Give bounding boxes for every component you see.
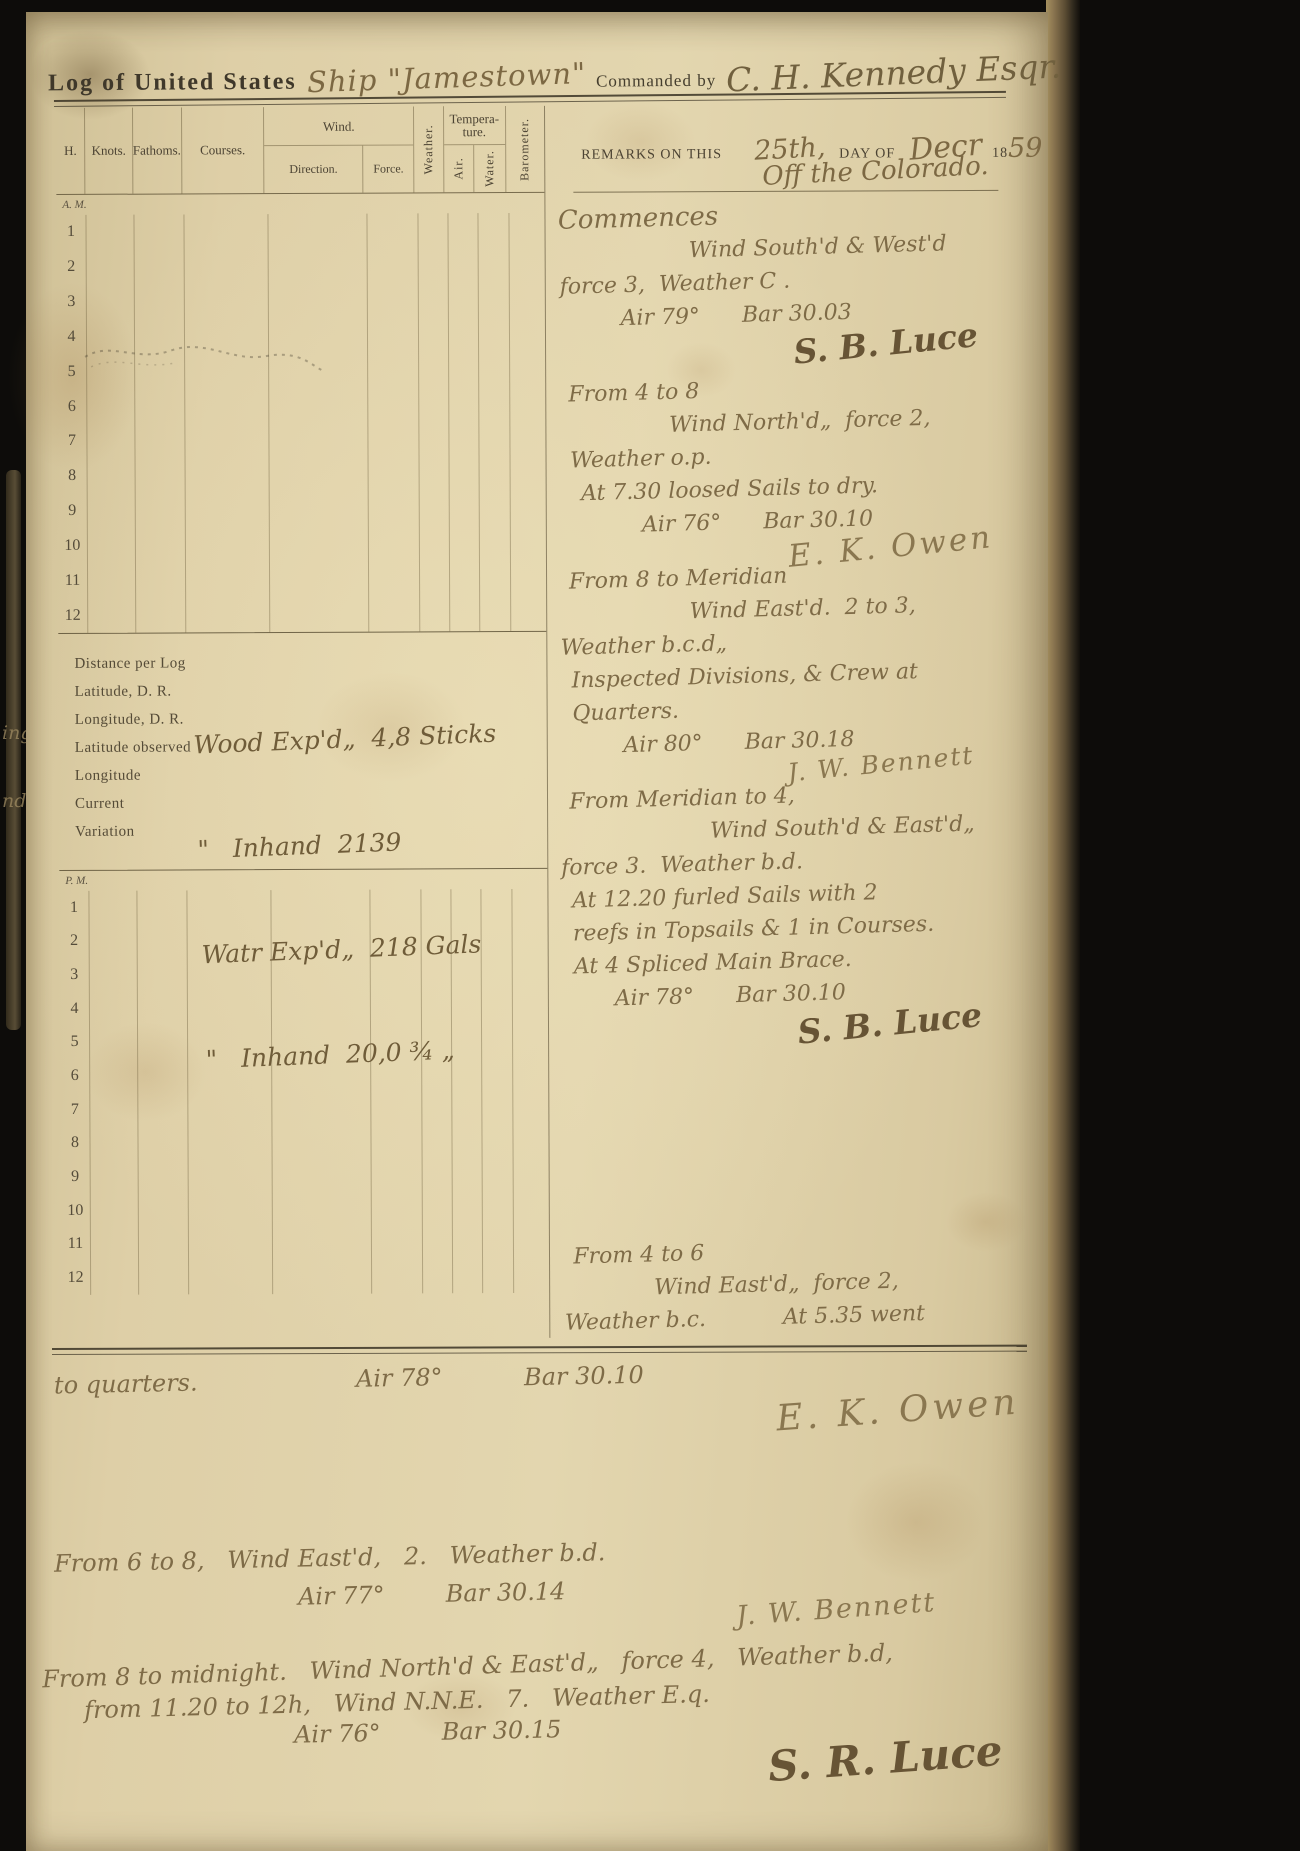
left-page-sliver xyxy=(6,470,21,1030)
log-table: H. Knots. Fathoms. Courses. Wind. Direct… xyxy=(56,104,1009,1340)
noon-observations: Distance per Log Latitude, D. R. Longitu… xyxy=(58,631,547,871)
note-wood-inhand: " Inhand 2139 xyxy=(197,819,543,868)
pencil-smudge xyxy=(81,322,331,383)
header-barometer: Barometer. xyxy=(506,106,545,192)
header-wind: Wind. xyxy=(264,106,413,146)
remarks-entry-4-to-6: From 4 to 6 Wind East'd„ force 2, Weathe… xyxy=(563,1229,1007,1340)
signature-sr-luce: S. R. Luce xyxy=(767,1726,1004,1791)
note-wood-expended: Wood Exp'd„ 4,8 Sticks xyxy=(193,714,539,763)
signature-ek-owen: E. K. Owen xyxy=(775,1382,1021,1440)
remark-line: Weather b.c. At 5.35 went xyxy=(565,1295,1007,1340)
edge-text-fragment: nd xyxy=(2,790,26,812)
continuation-to-quarters: to quarters. xyxy=(54,1368,198,1399)
air-reading: Air 78° xyxy=(356,1363,443,1393)
remarks-entry-meridian-to-4: From Meridian to 4, Wind South'd & East'… xyxy=(559,774,1007,1060)
year-printed: 18 xyxy=(992,146,1008,161)
header-air: Air. xyxy=(444,145,474,192)
header-fathoms: Fathoms. xyxy=(133,107,182,193)
entry-6-to-8: From 6 to 8, Wind East'd, 2. Weather b.d… xyxy=(54,1538,606,1578)
header-direction: Direction. xyxy=(264,146,363,193)
header-temperature-group: Tempera- ture. Air. Water. xyxy=(444,106,506,192)
page-edge-stack xyxy=(1046,0,1080,1851)
remarks-entry-commences: Commences Wind South'd & West'd force 3,… xyxy=(557,193,1003,380)
remarks-entry-8-to-meridian: From 8 to Meridian Wind East'd. 2 to 3, … xyxy=(558,554,1005,795)
remarks-header: REMARKS ON THIS 25th, DAY OF Decr 1859 O… xyxy=(573,104,998,193)
log-page: Log of United States Ship "Jamestown" Co… xyxy=(26,12,1048,1851)
header-force: Force. xyxy=(363,145,413,192)
year-handwritten: 59 xyxy=(1008,133,1042,164)
ship-name-handwritten: Ship "Jamestown" xyxy=(306,56,586,99)
header-weather: Weather. xyxy=(414,106,444,192)
am-hour-numbers: 12 34 56 78 910 1112 xyxy=(56,215,88,633)
header-hours: H. xyxy=(56,108,86,194)
remarks-entry-4-to-8: From 4 to 8 Wind North'd„ force 2, Weath… xyxy=(558,367,1004,582)
header-wind-group: Wind. Direction. Force. xyxy=(264,106,414,193)
remarks-on-this-label: REMARKS ON THIS xyxy=(581,147,722,163)
column-headers: H. Knots. Fathoms. Courses. Wind. Direct… xyxy=(56,106,544,195)
header-knots: Knots. xyxy=(85,108,133,194)
am-section-label: A. M. xyxy=(56,193,544,215)
am-hours-grid: 12 34 56 78 910 1112 xyxy=(56,213,546,633)
pm-hours-grid: 12 34 56 78 910 1112 xyxy=(59,889,549,1295)
scanned-log-page-background: { "document": { "title_prefix": "Log of … xyxy=(0,0,1300,1851)
air-bar-readings: Air 77° Bar 30.14 xyxy=(298,1577,566,1611)
header-courses: Courses. xyxy=(182,107,265,193)
header-temperature: Tempera- ture. xyxy=(444,106,505,145)
signature-jw-bennett: J. W. Bennett xyxy=(735,1587,937,1632)
paper-stain xyxy=(846,1462,986,1582)
header-water: Water. xyxy=(474,145,505,192)
table-bottom-rule xyxy=(52,1345,1027,1355)
pm-hour-numbers: 12 34 56 78 910 1112 xyxy=(59,891,91,1295)
title-printed-text: Log of United States xyxy=(48,69,297,97)
air-bar-readings: Air 76° Bar 30.15 xyxy=(294,1715,562,1749)
commanded-by-label: Commanded by xyxy=(596,71,716,91)
barometer-reading: Bar 30.10 xyxy=(524,1361,644,1392)
observation-columns: H. Knots. Fathoms. Courses. Wind. Direct… xyxy=(56,106,550,1340)
remarks-column: REMARKS ON THIS 25th, DAY OF Decr 1859 O… xyxy=(545,104,1009,1338)
